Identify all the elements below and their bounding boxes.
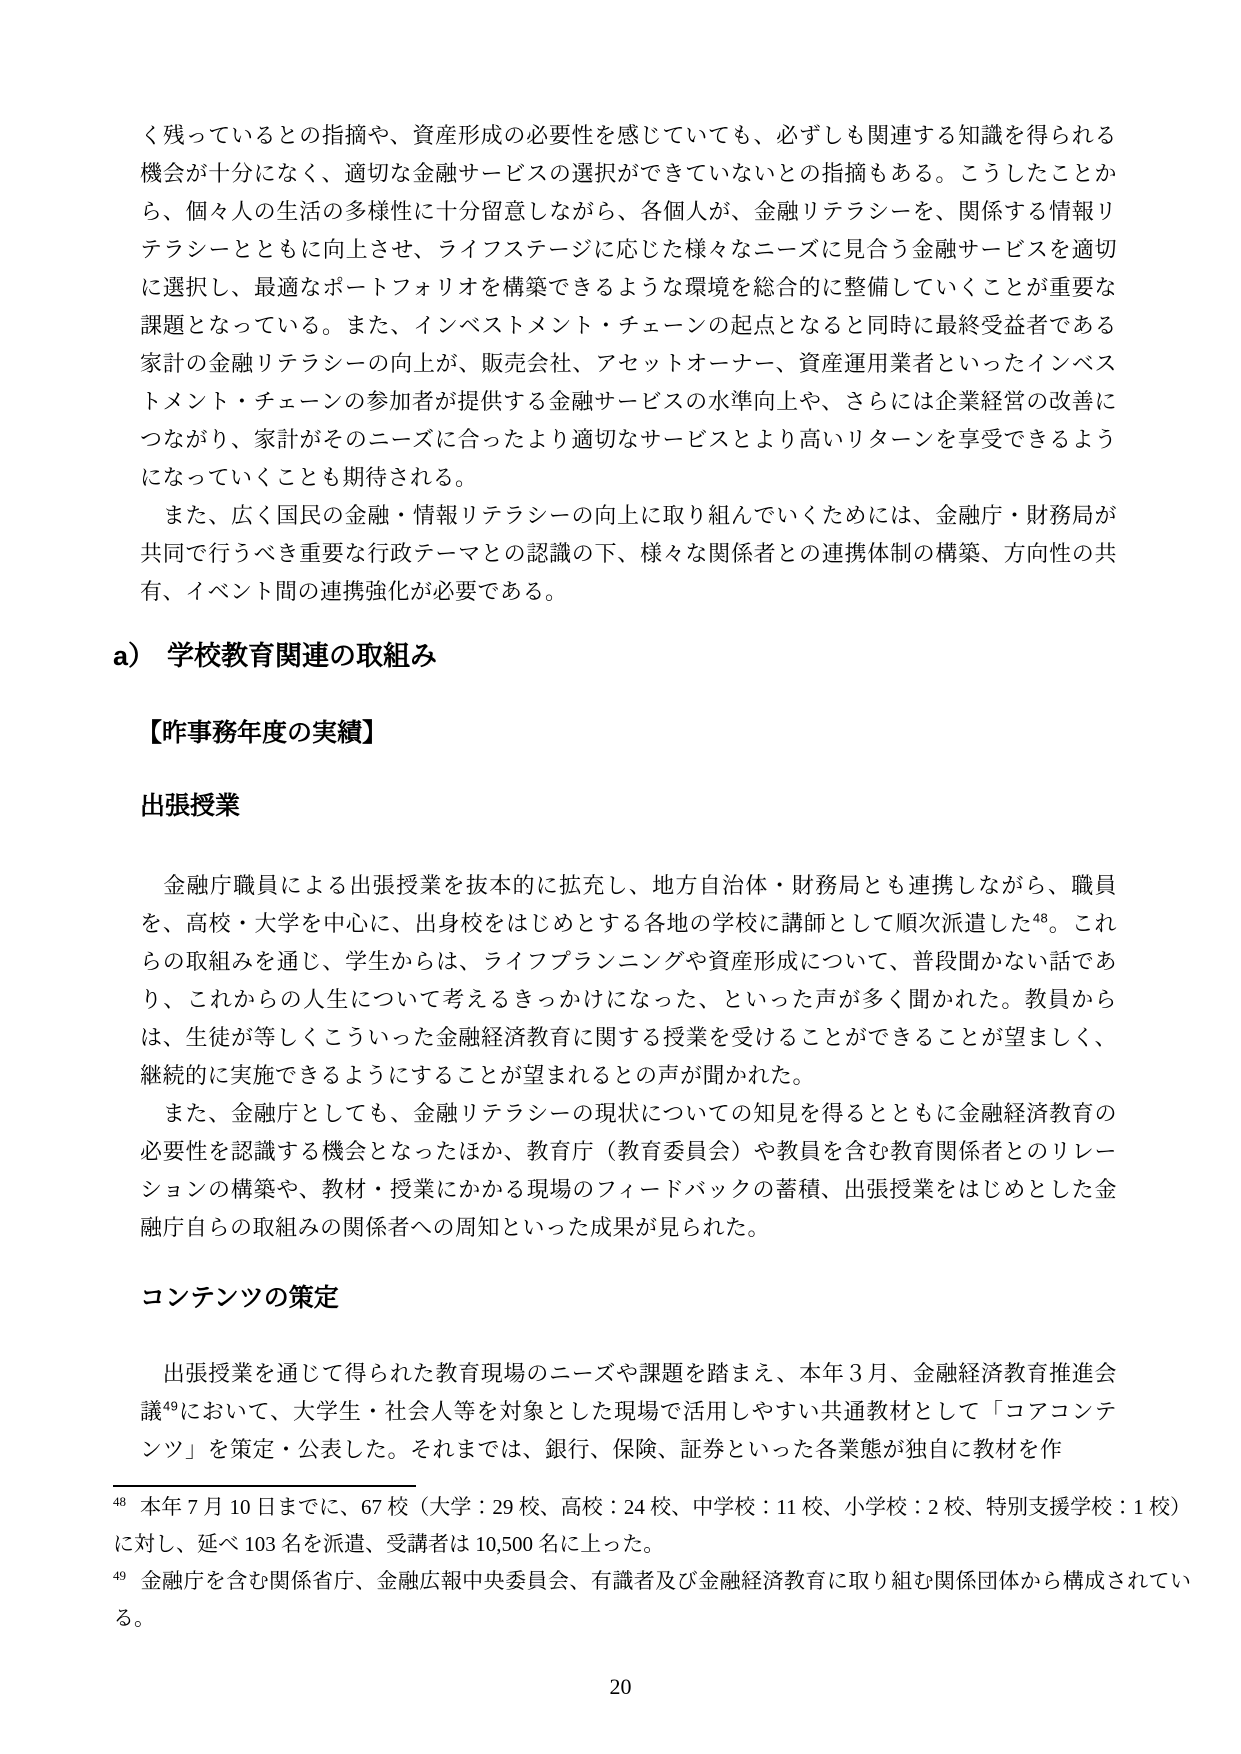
- body-paragraph-overflow: く残っているとの指摘や、資産形成の必要性を感じていても、必ずしも関連する知識を得…: [140, 117, 1117, 497]
- body-paragraph-fsa-insights: また、金融庁としても、金融リテラシーの現状についての知見を得るとともに金融経済教…: [140, 1095, 1117, 1247]
- footnote-text: 金融庁を含む関係省庁、金融広報中央委員会、有識者及び金融経済教育に取り組む関係団…: [113, 1569, 1191, 1630]
- body-paragraph-dispatch: 金融庁職員による出張授業を抜本的に拡充し、地方自治体・財務局とも連携しながら、職…: [140, 867, 1117, 1095]
- page-number: 20: [0, 1672, 1241, 1702]
- paragraph-text: 金融庁職員による出張授業を抜本的に拡充し、地方自治体・財務局とも連携しながら、職…: [140, 873, 1117, 936]
- sub-title-on-site-classes: 出張授業: [140, 787, 1241, 825]
- footnote-separator: [113, 1485, 416, 1487]
- document-page: く残っているとの指摘や、資産形成の必要性を感じていても、必ずしも関連する知識を得…: [0, 0, 1241, 1754]
- paragraph-text: 。これらの取組みを通じ、学生からは、ライフプランニングや資産形成について、普段聞…: [140, 911, 1117, 1088]
- sub-title-content-development: コンテンツの策定: [140, 1279, 1241, 1317]
- paragraph-text: において、大学生・社会人等を対象とした現場で活用しやすい共通教材として「コアコン…: [140, 1399, 1117, 1462]
- body-paragraph-core-contents: 出張授業を通じて得られた教育現場のニーズや課題を踏まえ、本年３月、金融経済教育推…: [140, 1355, 1117, 1469]
- footnote-text: 本年 7 月 10 日までに、67 校（大学：29 校、高校：24 校、中学校：…: [113, 1495, 1191, 1556]
- footnote-section: 48本年 7 月 10 日までに、67 校（大学：29 校、高校：24 校、中学…: [113, 1489, 1191, 1637]
- section-title-last-year-results: 【昨事務年度の実績】: [137, 714, 1241, 752]
- heading-label: 学校教育関連の取組み: [167, 641, 437, 671]
- body-paragraph-literacy-cooperation: また、広く国民の金融・情報リテラシーの向上に取り組んでいくためには、金融庁・財務…: [140, 497, 1117, 611]
- footnote-ref-49: 49: [163, 1399, 178, 1414]
- footnote-ref-48: 48: [1033, 911, 1048, 926]
- heading-school-education: a）学校教育関連の取組み: [113, 637, 1241, 675]
- footnote-48: 48本年 7 月 10 日までに、67 校（大学：29 校、高校：24 校、中学…: [113, 1489, 1191, 1563]
- footnote-number: 49: [113, 1568, 126, 1583]
- footnote-49: 49金融庁を含む関係省庁、金融広報中央委員会、有識者及び金融経済教育に取り組む関…: [113, 1563, 1191, 1637]
- heading-marker: a）: [113, 641, 155, 671]
- footnote-number: 48: [113, 1494, 126, 1509]
